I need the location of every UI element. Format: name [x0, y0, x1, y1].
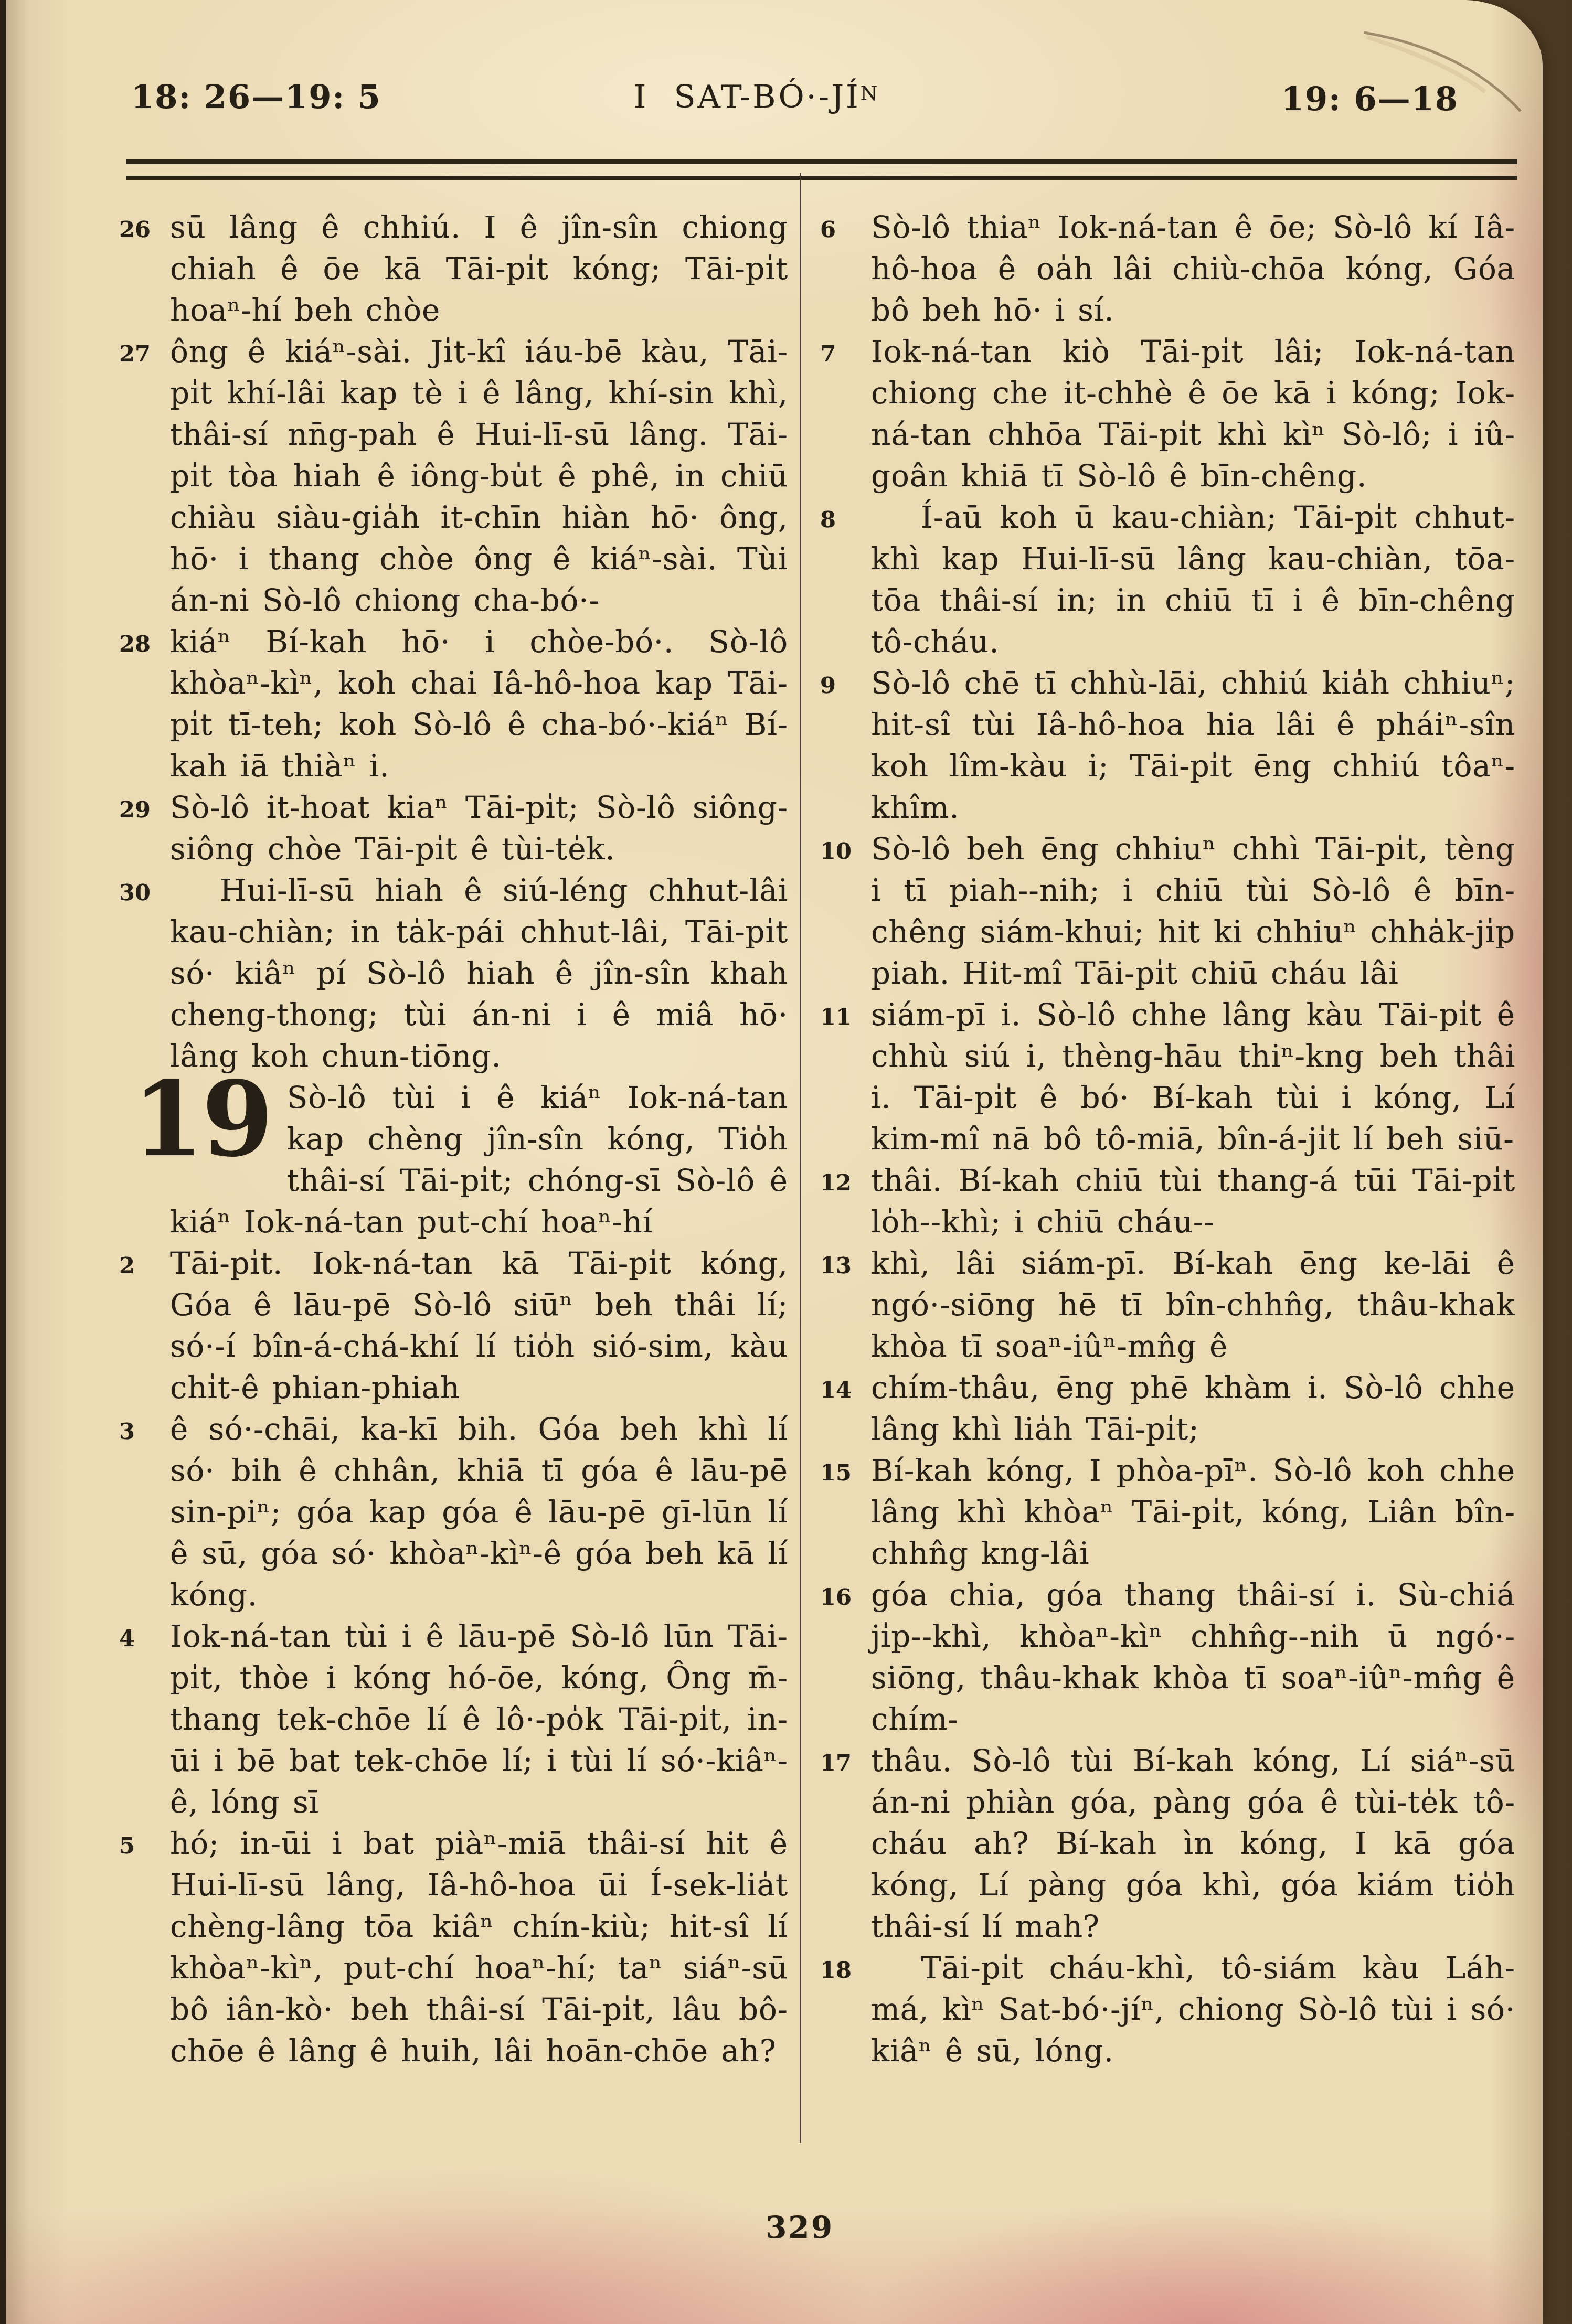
verse-text: siám-pī i. Sò-lô chhe lâng kàu Tāi-pi̍t … [871, 997, 1515, 1157]
header-double-rule [126, 159, 1517, 180]
verse-18-29: 29Sò-lô it-hoat kiaⁿ Tāi-pi̍t; Sò-lô siô… [170, 787, 788, 870]
column-divider-rule [800, 173, 801, 2143]
verse-19-8: 8Í-aū koh ū kau-chiàn; Tāi-pi̍t chhut-kh… [871, 497, 1515, 663]
header-right-reference: 19: 6—18 [1281, 80, 1459, 118]
verse-number: 8 [820, 499, 865, 541]
verse-number: 16 [820, 1577, 865, 1618]
verse-number: 13 [820, 1245, 865, 1287]
verse-number: 2 [119, 1245, 164, 1287]
verse-text: Tāi-pi̍t cháu-khì, tô-siám kàu Láh-má, k… [871, 1950, 1515, 2069]
verse-number: 14 [820, 1370, 865, 1411]
verse-19-5: 5hó; in-ūi i bat piàⁿ-miā thâi-sí hit ê … [170, 1823, 788, 2072]
verse-text: Í-aū koh ū kau-chiàn; Tāi-pi̍t chhut-khì… [871, 499, 1515, 659]
verse-19-17: 17thâu. Sò-lô tùi Bí-kah kóng, Lí siáⁿ-s… [871, 1740, 1515, 1947]
verse-text: chím-thâu, ēng phē khàm i. Sò-lô chhe lâ… [871, 1370, 1515, 1447]
verse-text: thâu. Sò-lô tùi Bí-kah kóng, Lí siáⁿ-sū … [871, 1743, 1515, 1944]
verse-19-16: 16góa chia, góa thang thâi-sí i. Sù-chiá… [871, 1574, 1515, 1740]
verse-text: ê só·-chāi, ka-kī bih. Góa beh khì lí só… [170, 1411, 788, 1613]
page-number: 329 [766, 2210, 834, 2245]
right-text-column: 6Sò-lô thiaⁿ Iok-ná-tan ê ōe; Sò-lô kí I… [871, 207, 1515, 2072]
verse-number: 15 [820, 1453, 865, 1494]
verse-18-26: 26sū lâng ê chhiú. I ê jîn-sîn chiong ch… [170, 207, 788, 331]
verse-19-2: 2Tāi-pi̍t. Iok-ná-tan kā Tāi-pi̍t kóng, … [170, 1243, 788, 1409]
verse-text: sū lâng ê chhiú. I ê jîn-sîn chiong chia… [170, 209, 788, 328]
verse-number: 9 [820, 665, 865, 707]
verse-number: 30 [119, 872, 164, 914]
chapter-19-verse-1: 19Sò-lô tùi i ê kiáⁿ Iok-ná-tan kap chèn… [170, 1077, 788, 1243]
verse-19-3: 3ê só·-chāi, ka-kī bih. Góa beh khì lí s… [170, 1409, 788, 1616]
verse-number: 28 [119, 624, 164, 665]
verse-text: Iok-ná-tan tùi i ê lāu-pē Sò-lô lūn Tāi-… [170, 1618, 788, 1820]
book-title-main: I SAT-BÓ·-JÍ [634, 79, 861, 115]
verse-19-18: 18Tāi-pi̍t cháu-khì, tô-siám kàu Láh-má,… [871, 1947, 1515, 2072]
chapter-number-drop-cap: 19 [132, 1082, 271, 1169]
header-left-reference: 18: 26—19: 5 [131, 78, 381, 116]
verse-18-28: 28kiáⁿ Bí-kah hō· i chòe-bó·. Sò-lô khòa… [170, 621, 788, 787]
verse-number: 6 [820, 209, 865, 251]
verse-18-30: 30Hui-lī-sū hiah ê siú-léng chhut-lâi ka… [170, 870, 788, 1077]
verse-text: khì, lâi siám-pī. Bí-kah ēng ke-lāi ê ng… [871, 1245, 1515, 1364]
verse-text: Hui-lī-sū hiah ê siú-léng chhut-lâi kau-… [170, 872, 788, 1074]
verse-text: Sò-lô beh ēng chhiuⁿ chhì Tāi-pi̍t, tèng… [871, 831, 1515, 991]
verse-number: 11 [820, 997, 865, 1038]
verse-19-6: 6Sò-lô thiaⁿ Iok-ná-tan ê ōe; Sò-lô kí I… [871, 207, 1515, 331]
verse-number: 7 [820, 334, 865, 375]
verse-number: 18 [820, 1950, 865, 1991]
verse-text: Sò-lô chē tī chhù-lāi, chhiú kia̍h chhiu… [871, 665, 1515, 825]
verse-number: 3 [119, 1411, 164, 1453]
verse-text: Tāi-pi̍t. Iok-ná-tan kā Tāi-pi̍t kóng, G… [170, 1245, 788, 1405]
verse-text: Sò-lô thiaⁿ Iok-ná-tan ê ōe; Sò-lô kí Iâ… [871, 209, 1515, 328]
verse-text: ông ê kiáⁿ-sài. Ji̍t-kî iáu-bē kàu, Tāi-… [170, 334, 788, 618]
verse-number: 17 [820, 1743, 865, 1784]
verse-number: 4 [119, 1618, 164, 1660]
verse-text: góa chia, góa thang thâi-sí i. Sù-chiá j… [871, 1577, 1515, 1737]
verse-number: 29 [119, 790, 164, 831]
verse-19-10: 10Sò-lô beh ēng chhiuⁿ chhì Tāi-pi̍t, tè… [871, 828, 1515, 994]
verse-text: hó; in-ūi i bat piàⁿ-miā thâi-sí hit ê H… [170, 1826, 788, 2069]
verse-text: kiáⁿ Bí-kah hō· i chòe-bó·. Sò-lô khòaⁿ-… [170, 624, 788, 784]
book-title: I SAT-BÓ·-JÍN [634, 79, 878, 115]
verse-number: 26 [119, 209, 164, 251]
verse-19-13: 13khì, lâi siám-pī. Bí-kah ēng ke-lāi ê … [871, 1243, 1515, 1367]
verse-19-14: 14chím-thâu, ēng phē khàm i. Sò-lô chhe … [871, 1367, 1515, 1450]
verse-number: 27 [119, 334, 164, 375]
verse-19-9: 9Sò-lô chē tī chhù-lāi, chhiú kia̍h chhi… [871, 663, 1515, 828]
scanned-book-page: 18: 26—19: 5 I SAT-BÓ·-JÍN 19: 6—18 26sū… [6, 0, 1543, 2324]
book-title-superscript-n: N [861, 82, 878, 105]
verse-text: Iok-ná-tan kiò Tāi-pi̍t lâi; Iok-ná-tan … [871, 334, 1515, 494]
verse-19-12: 12thâi. Bí-kah chiū tùi thang-á tūi Tāi-… [871, 1160, 1515, 1243]
verse-number: 12 [820, 1163, 865, 1204]
verse-19-11: 11siám-pī i. Sò-lô chhe lâng kàu Tāi-pi̍… [871, 994, 1515, 1160]
left-text-column: 26sū lâng ê chhiú. I ê jîn-sîn chiong ch… [170, 207, 788, 2072]
verse-19-7: 7Iok-ná-tan kiò Tāi-pi̍t lâi; Iok-ná-tan… [871, 331, 1515, 497]
verse-19-15: 15Bí-kah kóng, I phòa-pīⁿ. Sò-lô koh chh… [871, 1450, 1515, 1574]
verse-text: Sò-lô it-hoat kiaⁿ Tāi-pi̍t; Sò-lô siông… [170, 790, 788, 867]
verse-text: Bí-kah kóng, I phòa-pīⁿ. Sò-lô koh chhe … [871, 1453, 1515, 1571]
verse-text: thâi. Bí-kah chiū tùi thang-á tūi Tāi-pi… [871, 1163, 1515, 1240]
verse-19-4: 4Iok-ná-tan tùi i ê lāu-pē Sò-lô lūn Tāi… [170, 1616, 788, 1823]
verse-number: 5 [119, 1826, 164, 1867]
verse-number: 10 [820, 831, 865, 872]
verse-18-27: 27ông ê kiáⁿ-sài. Ji̍t-kî iáu-bē kàu, Tā… [170, 331, 788, 621]
